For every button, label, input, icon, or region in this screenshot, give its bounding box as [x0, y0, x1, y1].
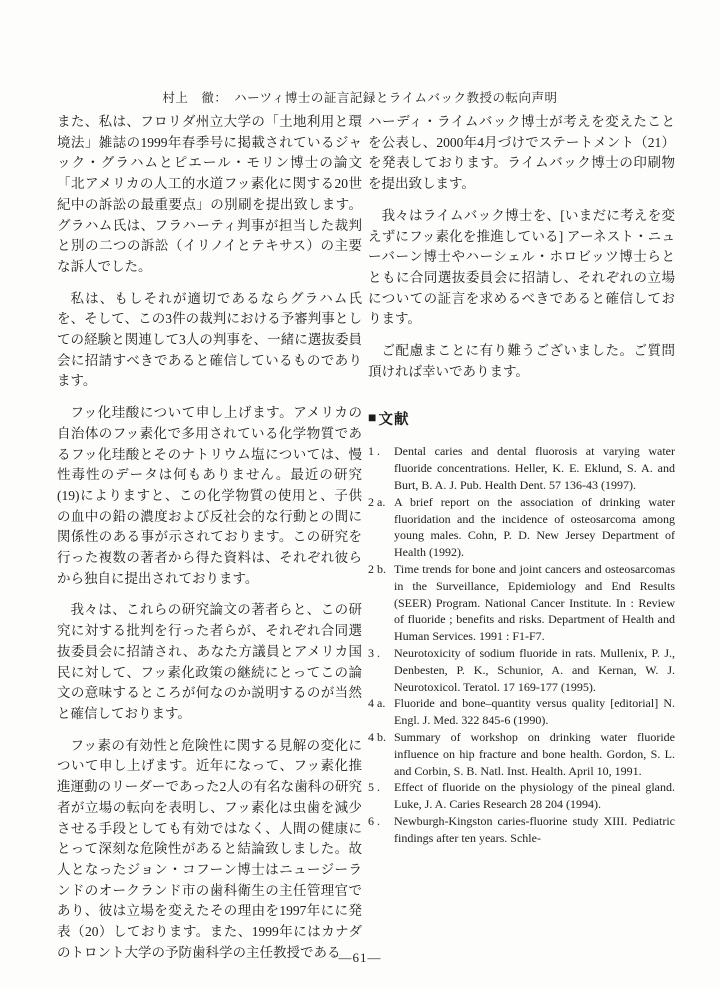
paragraph: 私は、もしそれが適切であるならグラハム氏を、そして、この3件の裁判における予審判… — [57, 289, 362, 393]
reference-number: 4 b. — [368, 729, 394, 779]
reference-item: 4 b. Summary of workshop on drinking wat… — [368, 729, 675, 779]
reference-item: 5 . Effect of fluoride on the physiology… — [368, 779, 675, 813]
reference-item: 2 b. Time trends for bone and joint canc… — [368, 561, 675, 645]
reference-number: 1 . — [368, 443, 394, 493]
reference-number: 6 . — [368, 813, 394, 847]
black-square-bullet-icon: ■ — [368, 412, 377, 426]
references-heading-label: 文献 — [378, 408, 409, 429]
reference-item: 3 . Neurotoxicity of sodium fluoride in … — [368, 645, 675, 695]
reference-text: Time trends for bone and joint cancers a… — [394, 561, 675, 645]
right-column: ハーディ・ライムバック博士が考えを変えたことを公表し、2000年4月づけでステー… — [368, 112, 675, 847]
right-column-body: ハーディ・ライムバック博士が考えを変えたことを公表し、2000年4月づけでステー… — [368, 112, 675, 382]
reference-text: Fluoride and bone–quantity versus qualit… — [394, 695, 675, 729]
reference-number: 2 b. — [368, 561, 394, 645]
reference-number: 5 . — [368, 779, 394, 813]
paragraph: 我々は、これらの研究論文の著者らと、この研究に対する批判を行った者らが、それぞれ… — [57, 600, 362, 724]
reference-item: 2 a. A brief report on the association o… — [368, 494, 675, 561]
reference-number: 4 a. — [368, 695, 394, 729]
reference-item: 1 . Dental caries and dental fluorosis a… — [368, 443, 675, 493]
paragraph: 我々はライムバック博士を、[いまだに考えを変えずにフッ素化を推進している] アー… — [368, 206, 675, 330]
reference-text: Neurotoxicity of sodium fluoride in rats… — [394, 645, 675, 695]
paragraph: ご配慮まことに有り難うございました。ご質問頂ければ幸いであります。 — [368, 341, 675, 382]
reference-number: 2 a. — [368, 494, 394, 561]
reference-item: 6 . Newburgh-Kingston caries-fluorine st… — [368, 813, 675, 847]
reference-number: 3 . — [368, 645, 394, 695]
running-head: 村上 徹： ハーツィ博士の証言記録とライムバック教授の転向声明 — [0, 88, 720, 106]
reference-text: Summary of workshop on drinking water fl… — [394, 729, 675, 779]
reference-text: Effect of fluoride on the physiology of … — [394, 779, 675, 813]
reference-text: A brief report on the association of dri… — [394, 494, 675, 561]
reference-item: 4 a. Fluoride and bone–quantity versus q… — [368, 695, 675, 729]
left-column: また、私は、フロリダ州立大学の「土地利用と環境法」雑誌の1999年春季号に掲載さ… — [57, 112, 362, 974]
reference-text: Dental caries and dental fluorosis at va… — [394, 443, 675, 493]
paragraph: フッ化珪酸について申し上げます。アメリカの自治体のフッ素化で多用されている化学物… — [57, 403, 362, 589]
reference-text: Newburgh-Kingston caries-fluorine study … — [394, 813, 675, 847]
page-number: —61— — [0, 950, 720, 966]
paragraph: フッ素の有効性と危険性に関する見解の変化について申し上げます。近年になって、フッ… — [57, 736, 362, 964]
scanned-journal-page: 村上 徹： ハーツィ博士の証言記録とライムバック教授の転向声明 また、私は、フロ… — [0, 0, 720, 988]
paragraph: また、私は、フロリダ州立大学の「土地利用と環境法」雑誌の1999年春季号に掲載さ… — [57, 112, 362, 278]
paragraph: ハーディ・ライムバック博士が考えを変えたことを公表し、2000年4月づけでステー… — [368, 112, 675, 195]
references-list: 1 . Dental caries and dental fluorosis a… — [368, 443, 675, 846]
references-heading: ■ 文献 — [368, 408, 675, 429]
